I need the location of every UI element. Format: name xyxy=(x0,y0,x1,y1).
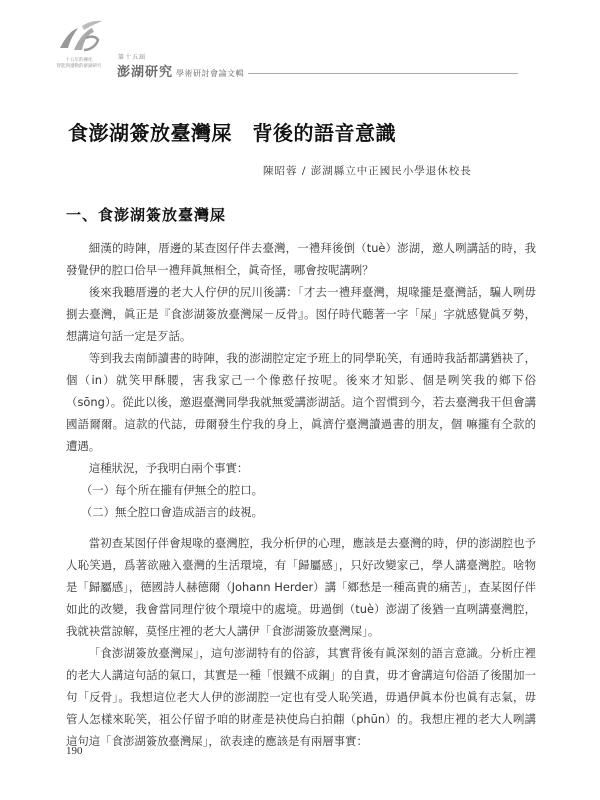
journal-main-title: 澎湖研究 xyxy=(117,65,173,80)
paragraph: 等到我去南師讀書的時陣，我的澎湖腔定定予班上的同學恥笑，有通時我話都講猶袂了，個… xyxy=(66,347,536,457)
conference-logo: 十五年的傳化 智能與遷動的澎湖研究 xyxy=(44,14,112,76)
logo-15-icon xyxy=(56,18,104,56)
author-byline: 陳昭蓉 / 澎湖縣立中正國民小學退休校長 xyxy=(263,163,472,178)
journal-subtitle: 學術研討會論文輯 xyxy=(176,69,244,78)
journal-title: 澎湖研究學術研討會論文輯 xyxy=(117,61,244,80)
section-heading: 一、食澎湖簽放臺灣屎 xyxy=(66,204,226,225)
logo-caption: 十五年的傳化 智能與遷動的澎湖研究 xyxy=(44,58,114,70)
series-badge: 第十五屆 xyxy=(118,52,146,61)
page-number: 190 xyxy=(66,745,83,757)
paragraph: 當初查某囡仔伴會規喙的臺灣腔，我分析伊的心理，應該是去臺灣的時，伊的澎湖腔也予人… xyxy=(66,532,536,642)
article-body: 細漢的時陣，厝邊的某查囡仔伴去臺灣，一禮拜後倒（tuè）澎湖，邀人咧講話的時，我… xyxy=(66,237,536,752)
logo-caption-line2: 智能與遷動的澎湖研究 xyxy=(44,64,114,70)
list-item: （二）無仝腔口會造成語言的歧視。 xyxy=(66,501,536,523)
article-title: 食澎湖簽放臺灣屎 背後的語音意識 xyxy=(68,117,396,146)
journal-header: 十五年的傳化 智能與遷動的澎湖研究 第十五屆 澎湖研究學術研討會論文輯 xyxy=(44,14,524,80)
paragraph: 細漢的時陣，厝邊的某查囡仔伴去臺灣，一禮拜後倒（tuè）澎湖，邀人咧講話的時，我… xyxy=(66,237,536,281)
paragraph: 後來我聽厝邊的老大人佇伊的尻川後講：「才去一禮拜臺灣，規喙攏是臺灣話，騙人咧毋捌… xyxy=(66,281,536,347)
list-item: （一）每个所在攏有伊無仝的腔口。 xyxy=(66,479,536,501)
paragraph: 「食澎湖簽放臺灣屎」，這句澎湖特有的俗諺，其實背後有眞深刻的語言意識。分析庄裡的… xyxy=(66,642,536,752)
paragraph: 這種狀況，予我明白兩个事實： xyxy=(66,457,536,479)
header-divider xyxy=(248,73,518,74)
